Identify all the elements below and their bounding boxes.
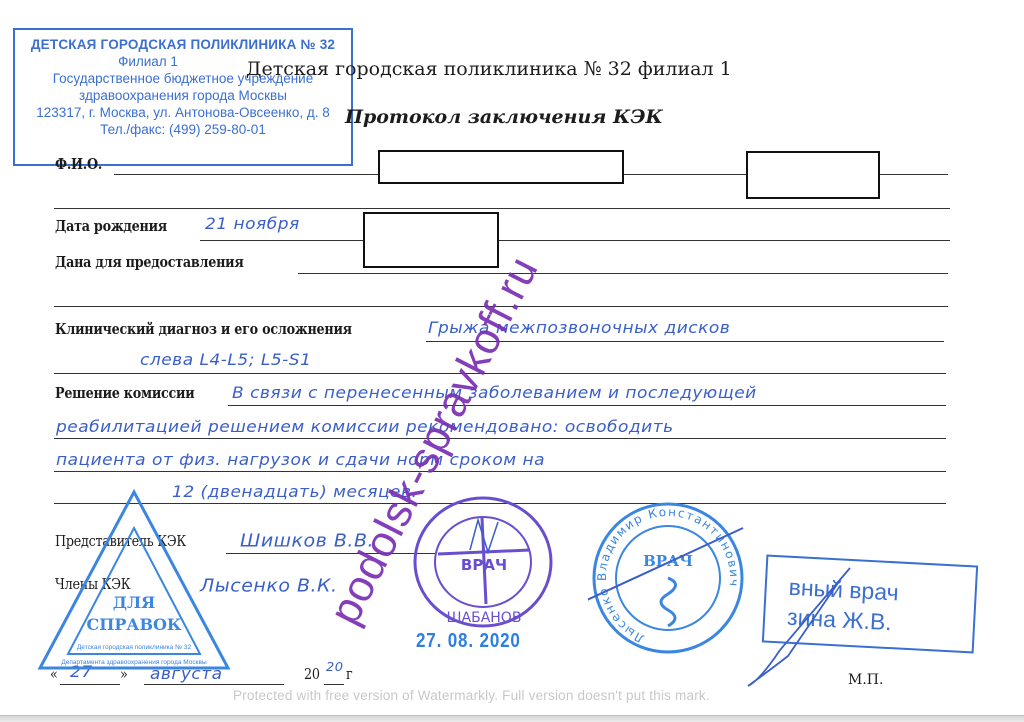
purpose-label: Дана для предоставления: [55, 254, 244, 271]
chief-signature: [740, 560, 860, 690]
date-stamp: 27. 08. 2020: [416, 630, 521, 653]
decision-value-2: реабилитацией решением комиссии рекоменд…: [56, 418, 674, 437]
diagnosis-label: Клинический диагноз и его осложнения: [55, 321, 352, 338]
decision-line-2: [54, 438, 946, 439]
triangle-stamp: ДЛЯ СПРАВОК Детская городская поликлиник…: [36, 488, 232, 674]
birth-value: 21 ноября: [205, 215, 300, 234]
doctor-stamp-name: ШАБАНОВ: [447, 610, 522, 626]
date-year-value: 20: [326, 660, 344, 674]
date-year-prefix: 20: [304, 667, 320, 683]
fio-label: Ф.И.О.: [55, 156, 102, 173]
stamp-org-city: здравоохранения города Москвы: [15, 87, 351, 104]
doctor-stamp-shabanov: ВРАЧ ШАБАНОВ: [408, 492, 558, 632]
doctor-stamp-title: ВРАЧ: [461, 556, 507, 574]
decision-line-3: [54, 471, 946, 472]
diagnosis-line-2: [54, 373, 946, 374]
fio-line-2: [54, 208, 950, 209]
triangle-stamp-top: ДЛЯ: [113, 593, 155, 612]
protected-notice: Protected with free version of Watermark…: [233, 688, 710, 703]
svg-text:Детская городская поликлиника: Детская городская поликлиника № 32: [77, 644, 192, 651]
stamp-phone: Тел./факс: (499) 259-80-01: [15, 121, 351, 138]
stamp-branch: Филиал 1: [15, 53, 281, 70]
stamp-address: 123317, г. Москва, ул. Антонова-Овсеенко…: [15, 104, 351, 121]
redaction-box: [363, 212, 499, 268]
birth-line: [200, 240, 950, 241]
decision-value-3: пациента от физ. нагрузок и сдачи норм с…: [56, 451, 545, 470]
doctor-stamp-lysenko: Лысенко Владимир Константинович ВРАЧ: [588, 498, 748, 656]
decision-value-1: В связи с перенесенным заболеванием и по…: [232, 384, 757, 403]
decision-line: [228, 405, 946, 406]
redaction-box: [746, 151, 880, 199]
svg-text:Департамента здравоохранения г: Департамента здравоохранения города Моск…: [61, 659, 207, 666]
redaction-box: [378, 150, 624, 184]
diagnosis-value-2: слева L4-L5; L5-S1: [140, 351, 311, 370]
date-year-line: [324, 684, 344, 685]
birth-label: Дата рождения: [55, 218, 167, 235]
clinic-header-stamp: ДЕТСКАЯ ГОРОДСКАЯ ПОЛИКЛИНИКА № 32 Филиа…: [13, 28, 353, 166]
scan-bottom-edge: [0, 715, 1024, 722]
institution-name: Детская городская поликлиника № 32 филиа…: [246, 58, 732, 80]
date-year-unit: г: [346, 667, 352, 683]
date-month-line: [144, 684, 284, 685]
date-day-line: [60, 684, 120, 685]
stamp-clinic-name: ДЕТСКАЯ ГОРОДСКАЯ ПОЛИКЛИНИКА № 32: [15, 36, 351, 53]
triangle-stamp-bottom: СПРАВОК: [87, 615, 182, 634]
document-title: Протокол заключения КЭК: [345, 106, 663, 128]
purpose-line: [298, 273, 948, 274]
decision-label: Решение комиссии: [55, 385, 194, 402]
